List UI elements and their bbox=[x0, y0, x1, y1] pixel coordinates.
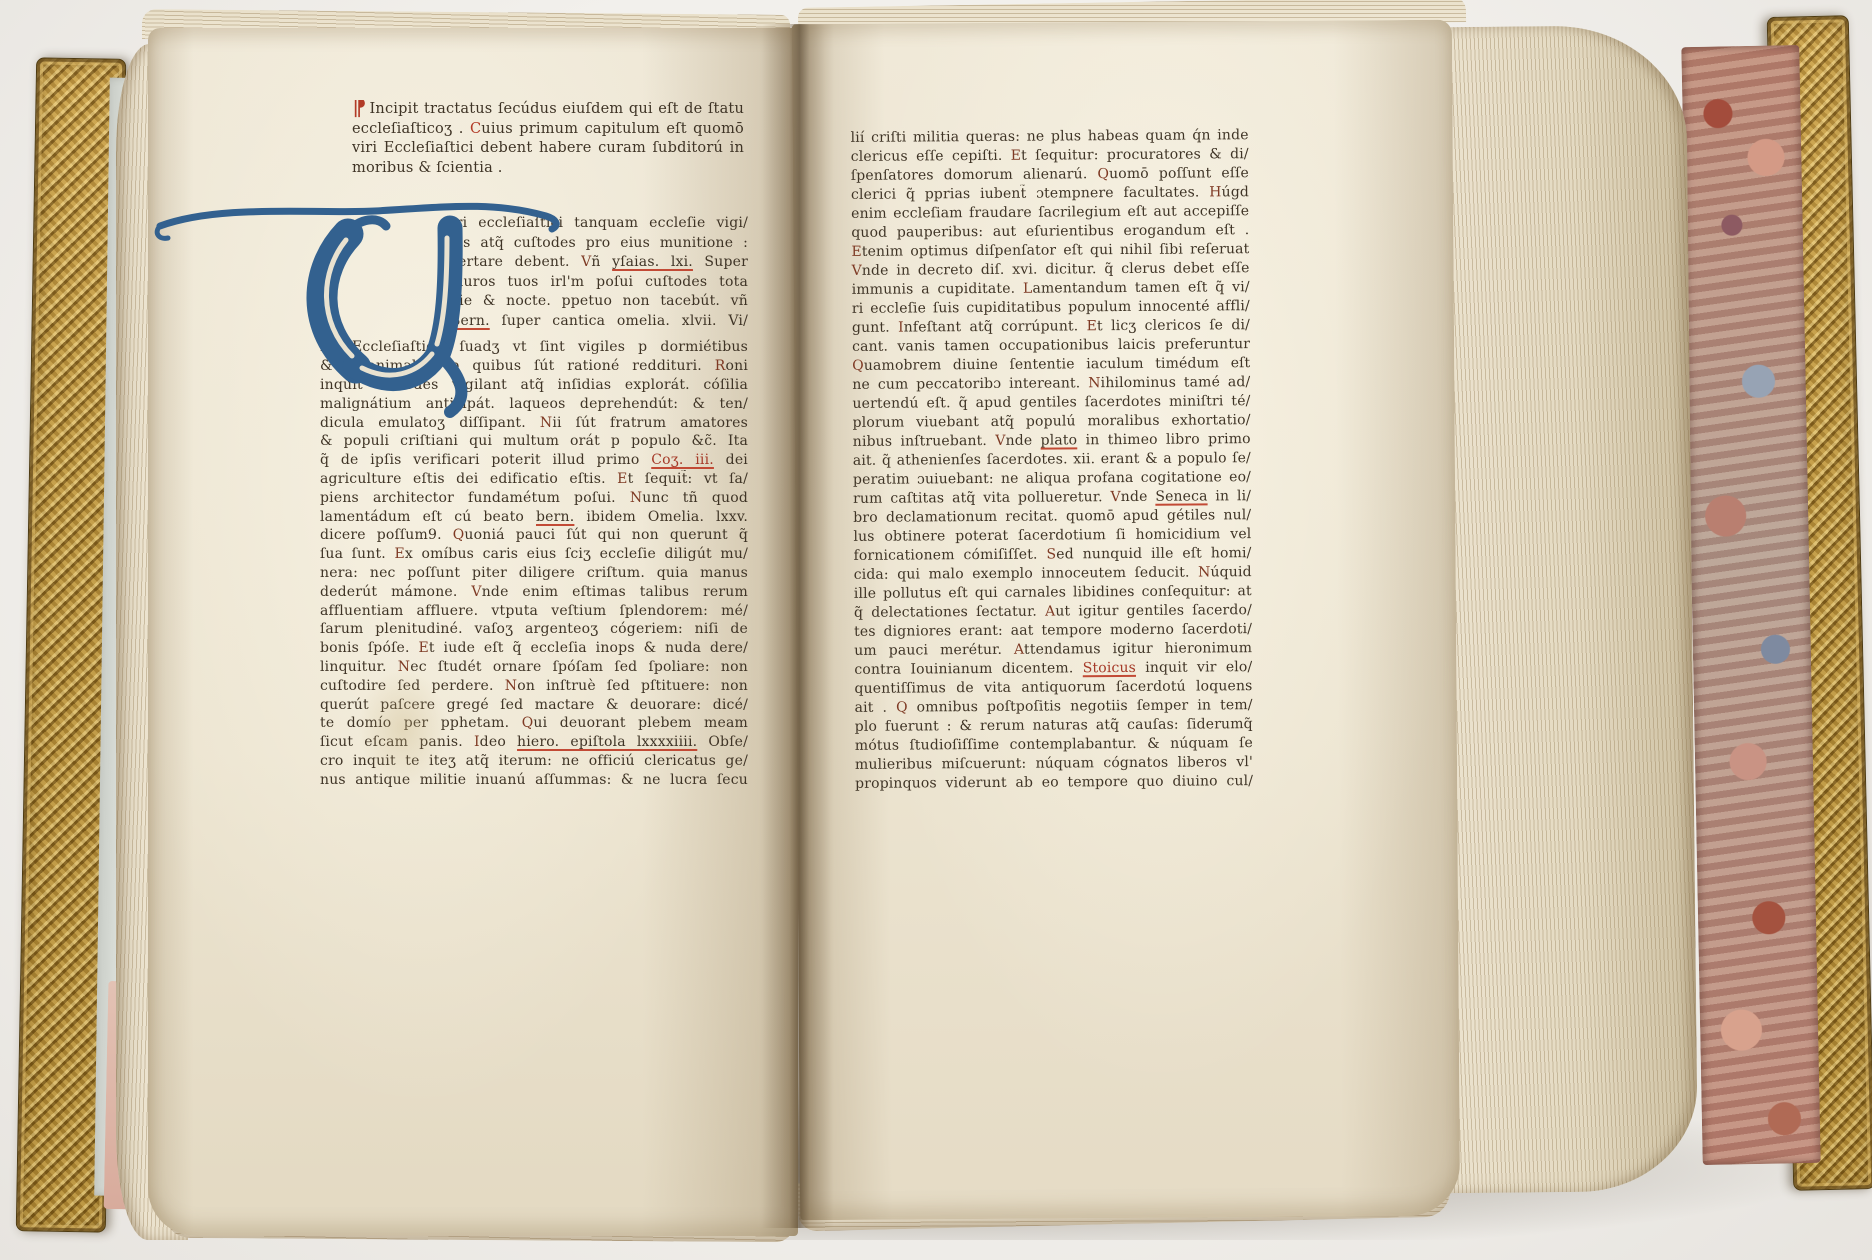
text-line: affluentiam affluere. vtputa veſtium ſpl… bbox=[320, 602, 748, 621]
right-page-text: lií criſti militia queras: ne plus habea… bbox=[851, 119, 1254, 794]
text-line: dicere poſſum9. Quoniá pauci ſút qui non… bbox=[320, 526, 748, 545]
left-page: V ¶Incipit tractatus ſecúdus eiuſdem qui… bbox=[148, 28, 798, 1236]
text-line: ſarum plenitudiné. vaſoʒ argenteoʒ cóger… bbox=[320, 620, 748, 639]
text-line: viri Eccleſiaſtici debent habere curam ſ… bbox=[352, 139, 744, 159]
text-line: ris Eccleſiaſticis ſuadʒ vt ſint vigiles… bbox=[320, 338, 748, 357]
text-line: agriculture eſtis dei edificatio eſtis. … bbox=[320, 470, 748, 489]
text-line: inquit cuſtodes vigilant atq̃ inſidias e… bbox=[320, 376, 748, 395]
text-line: die & nocte. ppetuo non tacebút. vñ bbox=[450, 292, 748, 312]
gutter-shadow bbox=[762, 24, 834, 1228]
page-stain bbox=[358, 668, 448, 788]
text-line: ſua ſunt. Ex omíbus caris eius ſciʒ eccl… bbox=[320, 545, 748, 564]
text-line: certare debent. Vñ yſaias. lxi. Super bbox=[450, 253, 748, 273]
text-line: dederút mámone. Vnde enim eſtimas talibu… bbox=[320, 583, 748, 602]
text-line: eccleſiaſticoʒ . Cuius primum capitulum … bbox=[352, 120, 744, 140]
text-line: Bern. ſuper cantica omelia. xlvii. Vi/ bbox=[450, 312, 748, 332]
right-page: lií criſti militia queras: ne plus habea… bbox=[792, 20, 1460, 1221]
text-line: propinquos viderunt ab eo tempore quo di… bbox=[855, 772, 1253, 794]
text-line: & p animabus p quibus ſút rationé reddit… bbox=[320, 357, 748, 376]
text-line: moribus & ſcientia . bbox=[352, 159, 744, 179]
right-marbled-endpaper bbox=[1681, 45, 1820, 1165]
text-line: malignátium anticipát. laqueos deprehend… bbox=[320, 395, 748, 414]
text-line: nera: nec poſſunt piter diligere criſtum… bbox=[320, 564, 748, 583]
text-line: Iri eccleſiaſtici tanquam eccleſie vigi/ bbox=[450, 214, 748, 234]
incipit-rubric: ¶Incipit tractatus ſecúdus eiuſdem qui e… bbox=[352, 100, 744, 178]
book-photo-scene: V ¶Incipit tractatus ſecúdus eiuſdem qui… bbox=[0, 0, 1872, 1260]
text-line: les atq̃ cuſtodes pro eius munitione : bbox=[450, 234, 748, 254]
right-body-lines: lií criſti militia queras: ne plus habea… bbox=[851, 126, 1254, 794]
right-fore-edge-pages bbox=[1430, 25, 1698, 1194]
text-line: muros tuos irl'm poſui cuſtodes tota bbox=[450, 273, 748, 293]
text-line: bonis ſpóſe. Et iude eſt q̃ eccleſia ino… bbox=[320, 639, 748, 658]
text-line: dicula emulatoʒ diſſipant. Nii ſút fratr… bbox=[320, 414, 748, 433]
text-line: ¶Incipit tractatus ſecúdus eiuſdem qui e… bbox=[352, 100, 744, 120]
text-line: & populi criſtiani qui multum orát p pop… bbox=[320, 432, 748, 451]
text-line: q̃ de ipſis verificari poterit illud pri… bbox=[320, 451, 748, 470]
initial-paragraph-lines: Iri eccleſiaſtici tanquam eccleſie vigi/… bbox=[450, 214, 748, 331]
text-line: piens architector fundamétum poſui. Nunc… bbox=[320, 489, 748, 508]
text-line: lamentádum eſt cú beato bern. ibidem Ome… bbox=[320, 508, 748, 527]
